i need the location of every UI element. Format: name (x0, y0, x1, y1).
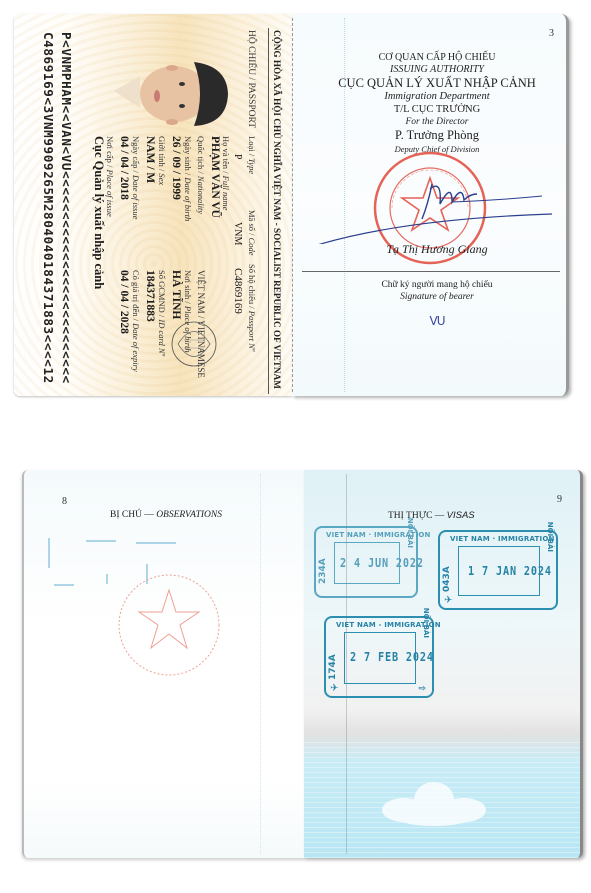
faded-emblem-icon (114, 570, 224, 680)
entry-stamp: VIET NAM · IMMIGRATION 1 7 JAN 2024 043A… (438, 530, 558, 610)
country-header: CỘNG HÒA XÃ HỘI CHỦ NGHĨA VIỆT NAM - SOC… (272, 30, 282, 389)
value-date-of-expiry: 04 / 04 / 2028 (116, 270, 134, 334)
emblem-watermark-icon (164, 314, 224, 374)
value-code: VNM (230, 222, 248, 245)
signature-divider (302, 271, 560, 272)
issuing-authority-page: 3 CƠ QUAN CẤP HỘ CHIẾU ISSUING AUTHORITY… (292, 14, 569, 396)
passport-data-page: CỘNG HÒA XÃ HỘI CHỦ NGHĨA VIỆT NAM - SOC… (14, 14, 292, 396)
visas-title: THỊ THỰC — VISAS (388, 510, 475, 521)
issuing-authority-en: ISSUING AUTHORITY (312, 64, 562, 75)
airplane-icon: ✈ (444, 595, 452, 606)
bearer-signature-label-en: Signature of bearer (312, 292, 562, 302)
entry-stamp: VIET NAM · IMMIGRATION 2 4 JUN 2022 234A… (314, 526, 418, 598)
bearer-signature-label-vi: Chữ ký người mang hộ chiếu (312, 280, 562, 290)
observations-page: 8 BỊ CHÚ — OBSERVATIONS (22, 470, 306, 858)
value-place-of-issue: Cục Quản lý xuất nhập cảnh (90, 136, 108, 289)
security-strip (260, 474, 261, 854)
header-divider (268, 28, 269, 394)
bearer-signature: VU (312, 314, 562, 328)
value-passport-no: C4869169 (230, 268, 248, 314)
officer-name: Tạ Thị Hương Giang (312, 242, 562, 257)
for-director-vi: T/L CỤC TRƯỞNG (312, 104, 562, 115)
for-director-en: For the Director (312, 117, 562, 127)
page-number: 3 (549, 28, 554, 39)
doc-title: HỘ CHIẾU / PASSPORT (244, 30, 262, 128)
passport-spread-data-page: CỘNG HÒA XÃ HỘI CHỦ NGHĨA VIỆT NAM - SOC… (14, 14, 566, 396)
passport-spread-visa-pages: 8 BỊ CHÚ — OBSERVATIONS 9 THỊ THỰC — VIS… (22, 470, 582, 860)
holder-photo (102, 36, 242, 146)
officer-signature (302, 164, 562, 244)
department-vi: CỤC QUẢN LÝ XUẤT NHẬP CẢNH (312, 76, 562, 91)
observations-title: BỊ CHÚ — OBSERVATIONS (110, 510, 222, 520)
officer-title-vi: P. Trưởng Phòng (312, 128, 562, 143)
airplane-icon: ✈ (330, 683, 338, 694)
mrz-line-2: C4869169<3VNM9909265M2804040184371883<<<… (41, 32, 56, 384)
mrz-line-1: P<VNMPHAM<<VAN<VU<<<<<<<<<<<<<<<<<<<<<<<… (59, 32, 74, 384)
page-number: 9 (557, 494, 562, 505)
issuing-authority-vi: CƠ QUAN CẤP HỘ CHIẾU (312, 52, 562, 63)
lotus-watermark-icon (374, 770, 494, 830)
department-en: Immigration Department (312, 91, 562, 102)
visas-page: 9 THỊ THỰC — VISAS VIET NAM · IMMIGRATIO… (304, 470, 583, 858)
exit-stamp: VIET NAM - IMMIGRATION 2 7 FEB 2024 174A… (324, 616, 434, 698)
exit-door-icon: ⇨ (418, 684, 426, 694)
page-number: 8 (62, 496, 67, 507)
perforation-line (292, 18, 293, 392)
